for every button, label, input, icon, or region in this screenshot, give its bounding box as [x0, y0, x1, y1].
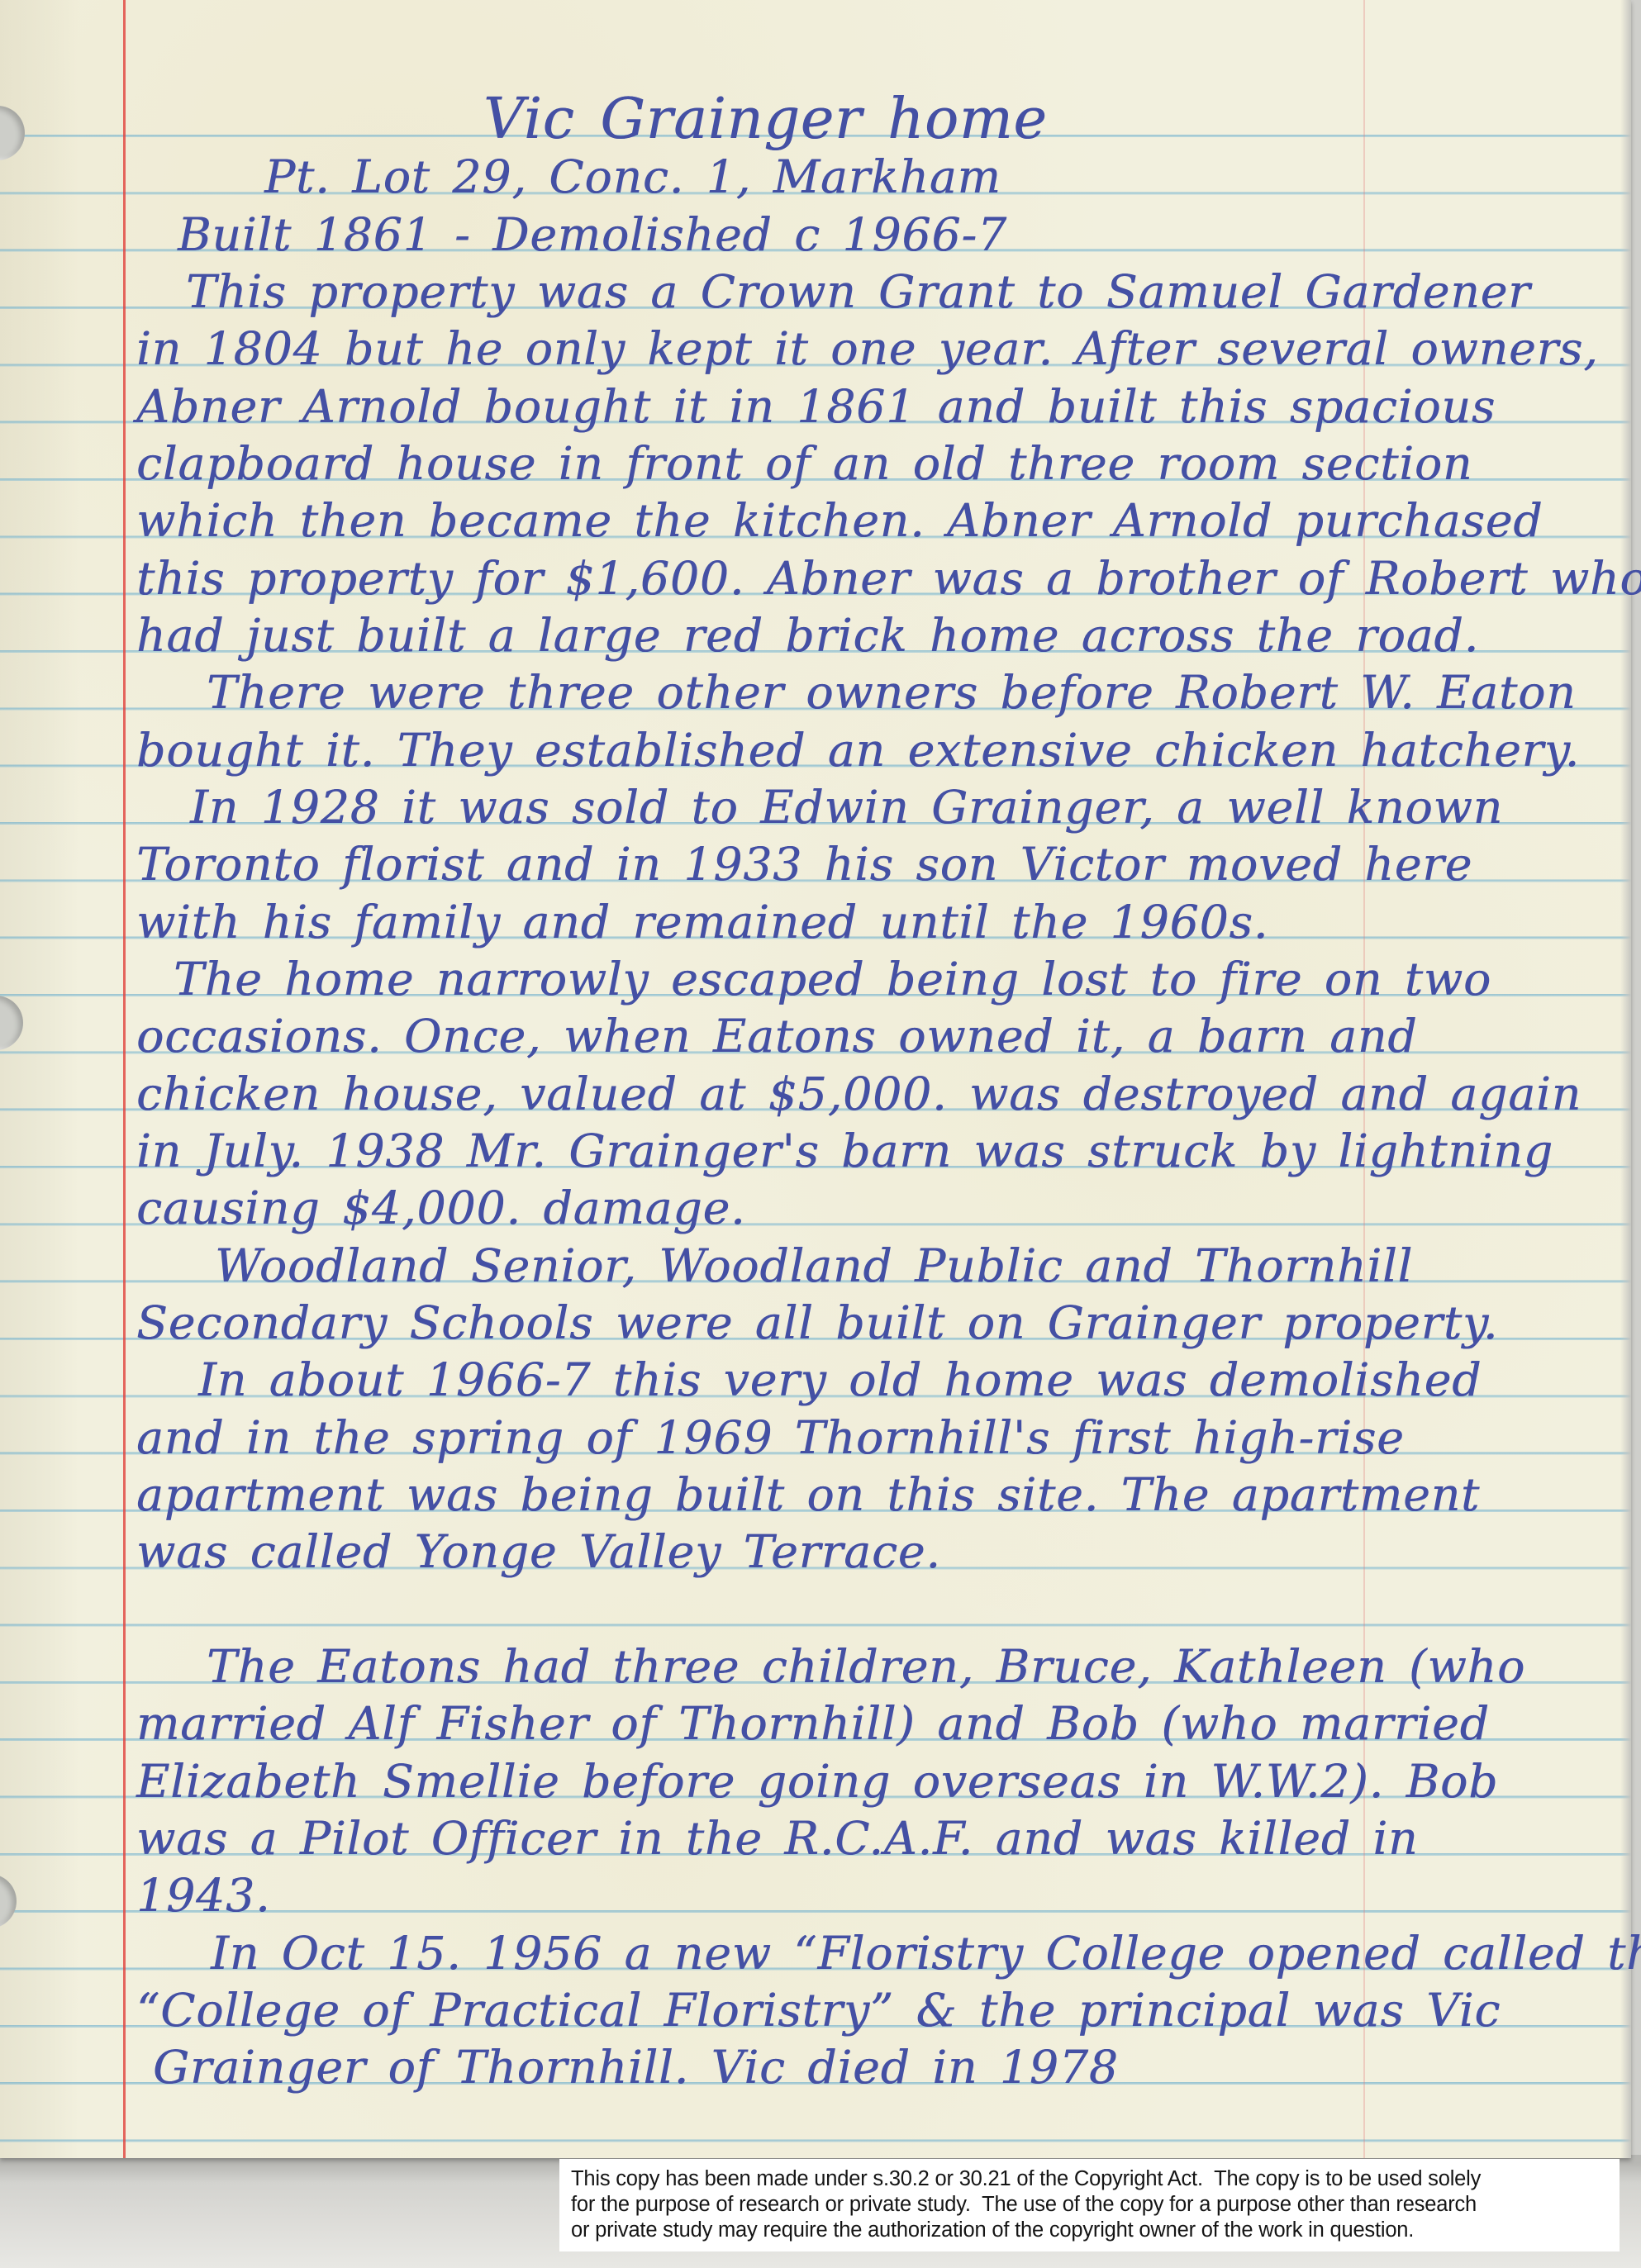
notebook-paper: Vic Grainger home Pt. Lot 29, Conc. 1, M…	[0, 0, 1631, 2158]
scanned-document: Vic Grainger home Pt. Lot 29, Conc. 1, M…	[0, 0, 1641, 2268]
handwritten-line: had just built a large red brick home ac…	[136, 594, 1624, 651]
handwritten-line: Secondary Schools were all built on Grai…	[136, 1281, 1624, 1338]
handwritten-line: “College of Practical Floristry” & the p…	[136, 1969, 1624, 2026]
handwritten-line: Abner Arnold bought it in 1861 and built…	[136, 365, 1624, 422]
handwritten-line: married Alf Fisher of Thornhill) and Bob…	[136, 1682, 1624, 1739]
copyright-text-line: or private study may require the authori…	[571, 2218, 1608, 2243]
handwritten-line: In 1928 it was sold to Edwin Grainger, a…	[190, 766, 1624, 823]
handwritten-line: Pt. Lot 29, Conc. 1, Markham	[264, 136, 1624, 193]
handwritten-line: In Oct 15. 1956 a new “Floristry College…	[211, 1912, 1624, 1969]
handwritten-line: The home narrowly escaped being lost to …	[174, 938, 1624, 995]
handwritten-line: In about 1966-7 this very old home was d…	[198, 1338, 1624, 1396]
handwritten-line: this property for $1,600. Abner was a br…	[136, 537, 1624, 594]
copyright-notice: This copy has been made under s.30.2 or …	[559, 2159, 1620, 2251]
copyright-text-line: This copy has been made under s.30.2 or …	[571, 2166, 1608, 2192]
handwritten-line: clapboard house in front of an old three…	[136, 422, 1624, 479]
handwritten-line: chicken house, valued at $5,000. was des…	[136, 1053, 1624, 1110]
document-title: Vic Grainger home	[483, 78, 1624, 136]
handwritten-line: The Eatons had three children, Bruce, Ka…	[207, 1625, 1624, 1682]
handwritten-line: and in the spring of 1969 Thornhill's fi…	[136, 1396, 1624, 1453]
handwritten-line: in July. 1938 Mr. Grainger's barn was st…	[136, 1110, 1624, 1167]
handwritten-line: occasions. Once, when Eatons owned it, a…	[136, 995, 1624, 1052]
handwritten-line: This property was a Crown Grant to Samue…	[186, 250, 1624, 307]
handwritten-line: Woodland Senior, Woodland Public and Tho…	[215, 1224, 1624, 1281]
handwritten-line: bought it. They established an extensive…	[136, 709, 1624, 766]
handwritten-line: which then became the kitchen. Abner Arn…	[136, 479, 1624, 536]
handwritten-line: Built 1861 - Demolished c 1966-7	[178, 193, 1624, 250]
handwritten-text-block: Vic Grainger home Pt. Lot 29, Conc. 1, M…	[136, 78, 1624, 2083]
handwritten-line: apartment was being built on this site. …	[136, 1453, 1624, 1510]
copyright-text-line: for the purpose of research or private s…	[571, 2192, 1608, 2218]
handwritten-line: Elizabeth Smellie before going overseas …	[136, 1740, 1624, 1797]
handwritten-line: Toronto florist and in 1933 his son Vict…	[136, 823, 1624, 880]
red-margin-line	[123, 0, 126, 2158]
handwritten-line: was a Pilot Officer in the R.C.A.F. and …	[136, 1797, 1624, 1854]
handwritten-line: in 1804 but he only kept it one year. Af…	[136, 307, 1624, 364]
handwritten-line: There were three other owners before Rob…	[207, 651, 1624, 708]
